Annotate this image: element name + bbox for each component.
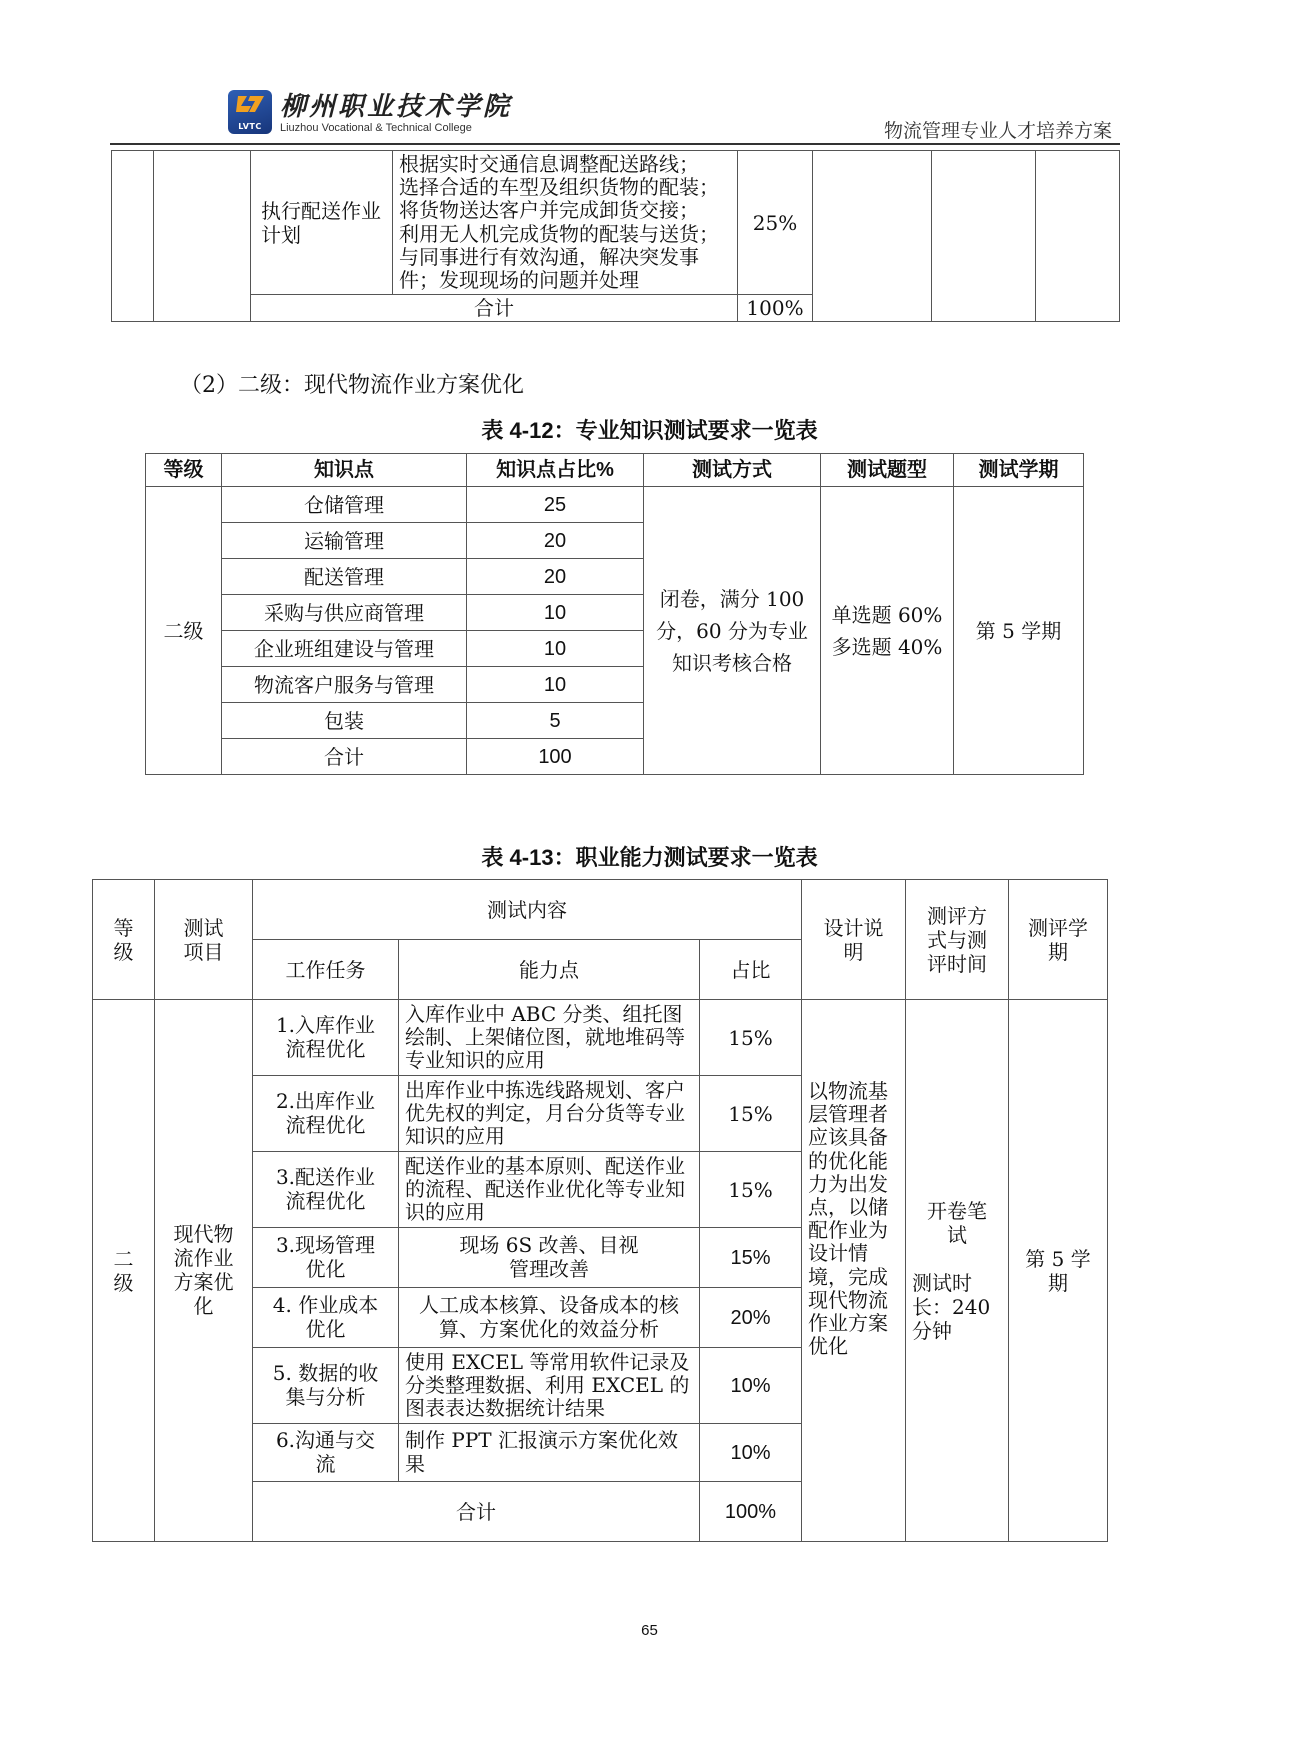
total-label: 合计 [251,295,738,322]
total-label: 合计 [222,739,467,775]
header-level: 等级 [146,454,222,487]
knowledge-point: 仓储管理 [222,487,467,523]
lvtc-logo-icon [235,94,265,116]
design-cell [813,151,932,322]
continuation-table: 执行配送作业计划 根据实时交通信息调整配送路线； 选择合适的车型及组织货物的配装… [111,150,1120,322]
ability-point: 现场 6S 改善、目视管理改善 [399,1228,700,1288]
school-name-cn: 柳州职业技术学院 [280,86,512,123]
header-test-method: 测试方式 [644,454,821,487]
ratio-value: 5 [467,703,644,739]
header-question-type: 测试题型 [821,454,954,487]
work-task: 5. 数据的收集与分析 [253,1348,399,1424]
ability-cell: 根据实时交通信息调整配送路线； 选择合适的车型及组织货物的配装；将货物送达客户并… [393,151,738,295]
total-value: 100% [700,1482,802,1542]
knowledge-point: 采购与供应商管理 [222,595,467,631]
ability-point: 使用 EXCEL 等常用软件记录及分类整理数据、利用 EXCEL 的图表表达数据… [399,1348,700,1424]
ratio-value: 10% [700,1424,802,1482]
ratio-value: 10 [467,667,644,703]
work-task: 6.沟通与交流 [253,1424,399,1482]
design-note: 以物流基层管理者应该具备的优化能力为出发点，以储配作业为设计情境，完成现代物流作… [802,1000,906,1542]
table-header-row: 等级 测试项目 测试内容 设计说明 测评方式与测评时间 测评学期 [93,880,1108,940]
table-header-row: 等级 知识点 知识点占比% 测试方式 测试题型 测试学期 [146,454,1084,487]
ability-point: 人工成本核算、设备成本的核算、方案优化的效益分析 [399,1288,700,1348]
question-type: 多选题 40% [827,631,947,663]
semester-cell: 第 5 学期 [954,487,1084,775]
section-subheading: （2）二级：现代物流作业方案优化 [180,368,524,399]
header-task: 工作任务 [253,940,399,1000]
ratio-value: 20 [467,523,644,559]
work-task-cell: 执行配送作业计划 [251,151,393,295]
header-level: 等级 [93,880,155,1000]
ability-line: 根据实时交通信息调整配送路线； [399,153,731,176]
ability-line: 选择合适的车型及组织货物的配装；将货物送达客户并完成卸货交接； [399,176,731,222]
ratio-value: 25 [467,487,644,523]
header-eval-method: 测评方式与测评时间 [906,880,1009,1000]
ratio-value: 15% [700,1000,802,1076]
eval-method-cell [932,151,1036,322]
logo-abbr: LVTC [228,122,272,131]
eval-semester-cell [1036,151,1120,322]
page-header: LVTC 柳州职业技术学院 Liuzhou Vocational & Techn… [110,86,1120,144]
total-value: 100 [467,739,644,775]
ratio-cell: 25% [738,151,813,295]
table-row: 二级 仓储管理 25 闭卷，满分 100 分，60 分为专业知识考核合格 单选题… [146,487,1084,523]
header-eval-semester: 测评学期 [1009,880,1108,1000]
ability-point: 配送作业的基本原则、配送作业的流程、配送作业优化等专业知识的应用 [399,1152,700,1228]
ratio-value: 10 [467,595,644,631]
work-task: 2.出库作业流程优化 [253,1076,399,1152]
header-design: 设计说明 [802,880,906,1000]
ratio-value: 10% [700,1348,802,1424]
question-type-cell: 单选题 60% 多选题 40% [821,487,954,775]
header-divider [110,143,1120,145]
ratio-value: 20 [467,559,644,595]
eval-method-line: 测试时长：240 分钟 [912,1271,1002,1343]
work-task: 4. 作业成本优化 [253,1288,399,1348]
ratio-value: 20% [700,1288,802,1348]
header-semester: 测试学期 [954,454,1084,487]
eval-semester-cell: 第 5 学期 [1009,1000,1108,1542]
school-logo: LVTC [228,90,272,134]
work-task: 1.入库作业流程优化 [253,1000,399,1076]
header-ability: 能力点 [399,940,700,1000]
header-content: 测试内容 [253,880,802,940]
level-cell: 二级 [93,1000,155,1542]
work-task: 3.现场管理优化 [253,1228,399,1288]
header-ratio: 占比 [700,940,802,1000]
eval-method-line: 开卷笔试 [912,1199,1002,1247]
knowledge-point: 企业班组建设与管理 [222,631,467,667]
table-4-13-caption: 表 4-13：职业能力测试要求一览表 [0,841,1299,872]
ratio-value: 15% [700,1152,802,1228]
work-task: 3.配送作业流程优化 [253,1152,399,1228]
table-row: 二级 现代物流作业方案优化 1.入库作业流程优化 入库作业中 ABC 分类、组托… [93,1000,1108,1076]
knowledge-test-table: 等级 知识点 知识点占比% 测试方式 测试题型 测试学期 二级 仓储管理 25 … [145,453,1084,775]
ratio-value: 15% [700,1228,802,1288]
ability-test-table: 等级 测试项目 测试内容 设计说明 测评方式与测评时间 测评学期 工作任务 能力… [92,879,1108,1542]
knowledge-point: 包装 [222,703,467,739]
item-cell [154,151,251,322]
header-ratio: 知识点占比% [467,454,644,487]
knowledge-point: 物流客户服务与管理 [222,667,467,703]
question-type: 单选题 60% [827,599,947,631]
total-label: 合计 [253,1482,700,1542]
knowledge-point: 运输管理 [222,523,467,559]
header-item: 测试项目 [155,880,253,1000]
table-4-12-caption: 表 4-12：专业知识测试要求一览表 [0,414,1299,445]
eval-method-cell: 开卷笔试 测试时长：240 分钟 [906,1000,1009,1542]
ability-point: 入库作业中 ABC 分类、组托图绘制、上架储位图，就地堆码等专业知识的应用 [399,1000,700,1076]
ratio-value: 15% [700,1076,802,1152]
item-cell: 现代物流作业方案优化 [155,1000,253,1542]
ability-line: 利用无人机完成货物的配装与送货；与同事进行有效沟通，解决突发事件；发现现场的问题… [399,223,731,293]
ratio-value: 10 [467,631,644,667]
ability-point: 出库作业中拣选线路规划、客户优先权的判定，月台分货等专业知识的应用 [399,1076,700,1152]
page-number: 65 [0,1622,1299,1639]
knowledge-point: 配送管理 [222,559,467,595]
test-method-cell: 闭卷，满分 100 分，60 分为专业知识考核合格 [644,487,821,775]
total-value: 100% [738,295,813,322]
document-title: 物流管理专业人才培养方案 [884,116,1112,143]
school-name-en: Liuzhou Vocational & Technical College [280,122,472,134]
ability-point: 制作 PPT 汇报演示方案优化效果 [399,1424,700,1482]
level-cell: 二级 [146,487,222,775]
header-knowledge-point: 知识点 [222,454,467,487]
level-cell [112,151,154,322]
